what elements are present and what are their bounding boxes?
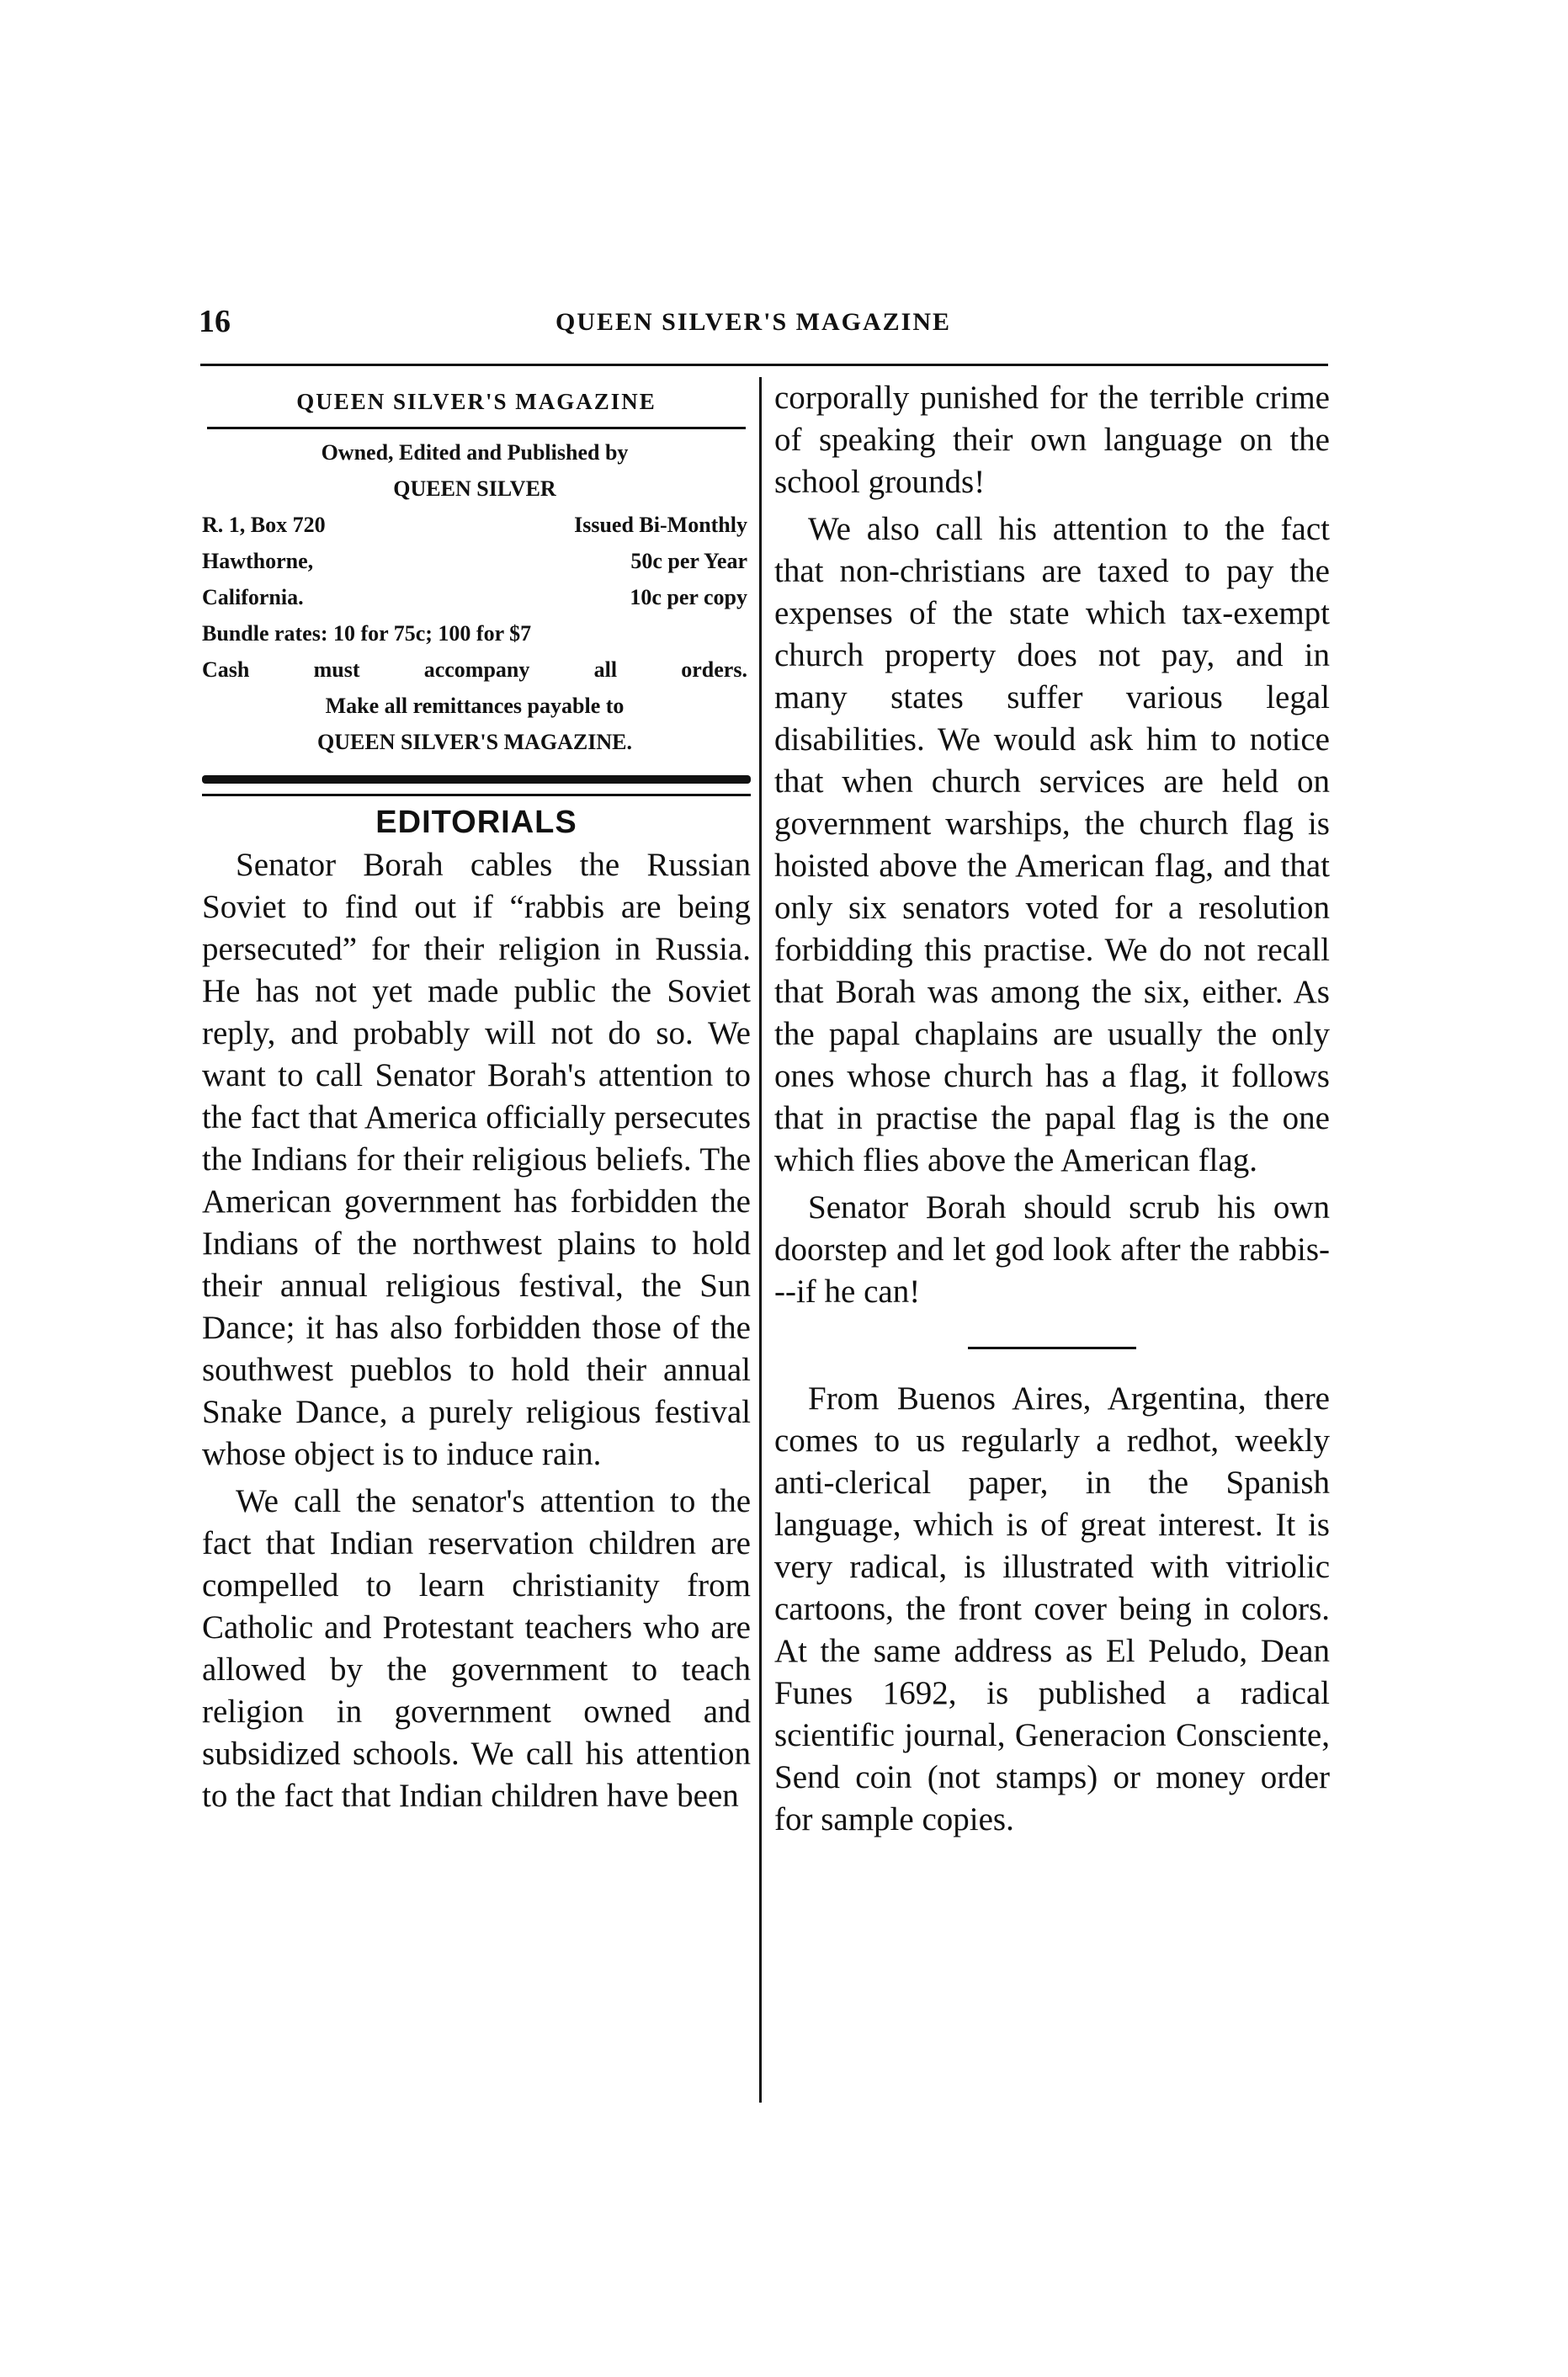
editorial-paragraph: Senator Borah should scrub his own doors… <box>774 1187 1330 1313</box>
masthead-row: R. 1, Box 720 Issued Bi-Monthly <box>202 507 747 543</box>
address-line: R. 1, Box 720 <box>202 507 326 543</box>
owner-name: QUEEN SILVER <box>202 471 747 507</box>
remit-to: QUEEN SILVER'S MAGAZINE. <box>202 724 747 760</box>
editorial-paragraph: corporally punished for the ter­rible cr… <box>774 377 1330 503</box>
section-rule <box>202 794 751 796</box>
word: orders. <box>681 651 747 688</box>
yearly-price: 50c per Year <box>630 543 747 579</box>
frequency: Issued Bi-Monthly <box>574 507 747 543</box>
remit-line: Make all remittances payable to <box>202 688 747 724</box>
editorial-paragraph: Senator Borah cables the Rus­sian Soviet… <box>202 844 751 1476</box>
separator-rule <box>968 1347 1136 1349</box>
left-column: QUEEN SILVER'S MAGAZINE Owned, Edited an… <box>202 377 751 1817</box>
bundle-rates: Bundle rates: 10 for 75c; 100 for $7 <box>202 615 747 651</box>
editorial-paragraph: We also call his attention to the fact t… <box>774 508 1330 1182</box>
editorial-paragraph: We call the senator's attention to the f… <box>202 1481 751 1817</box>
masthead-box: QUEEN SILVER'S MAGAZINE Owned, Edited an… <box>202 389 751 796</box>
word: all <box>594 651 617 688</box>
owned-line: Owned, Edited and Published by <box>202 434 747 471</box>
copy-price: 10c per copy <box>630 579 747 615</box>
masthead-row: California. 10c per copy <box>202 579 747 615</box>
city: Hawthorne, <box>202 543 313 579</box>
word: accompany <box>424 651 530 688</box>
state: California. <box>202 579 304 615</box>
editorial-paragraph: From Buenos Aires, Argentina, there come… <box>774 1378 1330 1841</box>
column-divider <box>759 377 762 2103</box>
masthead-row: Hawthorne, 50c per Year <box>202 543 747 579</box>
section-heading-editorials: EDITORIALS <box>202 805 751 841</box>
running-title: QUEEN SILVER'S MAGAZINE <box>555 308 951 337</box>
page-number: 16 <box>199 303 231 340</box>
word: Cash <box>202 651 249 688</box>
masthead-thick-rule <box>202 775 751 784</box>
word: must <box>314 651 360 688</box>
header-rule <box>200 364 1328 366</box>
cash-line: Cash must accompany all orders. <box>202 651 747 688</box>
masthead-title: QUEEN SILVER'S MAGAZINE <box>202 389 751 415</box>
right-column: corporally punished for the ter­rible cr… <box>774 377 1330 1841</box>
